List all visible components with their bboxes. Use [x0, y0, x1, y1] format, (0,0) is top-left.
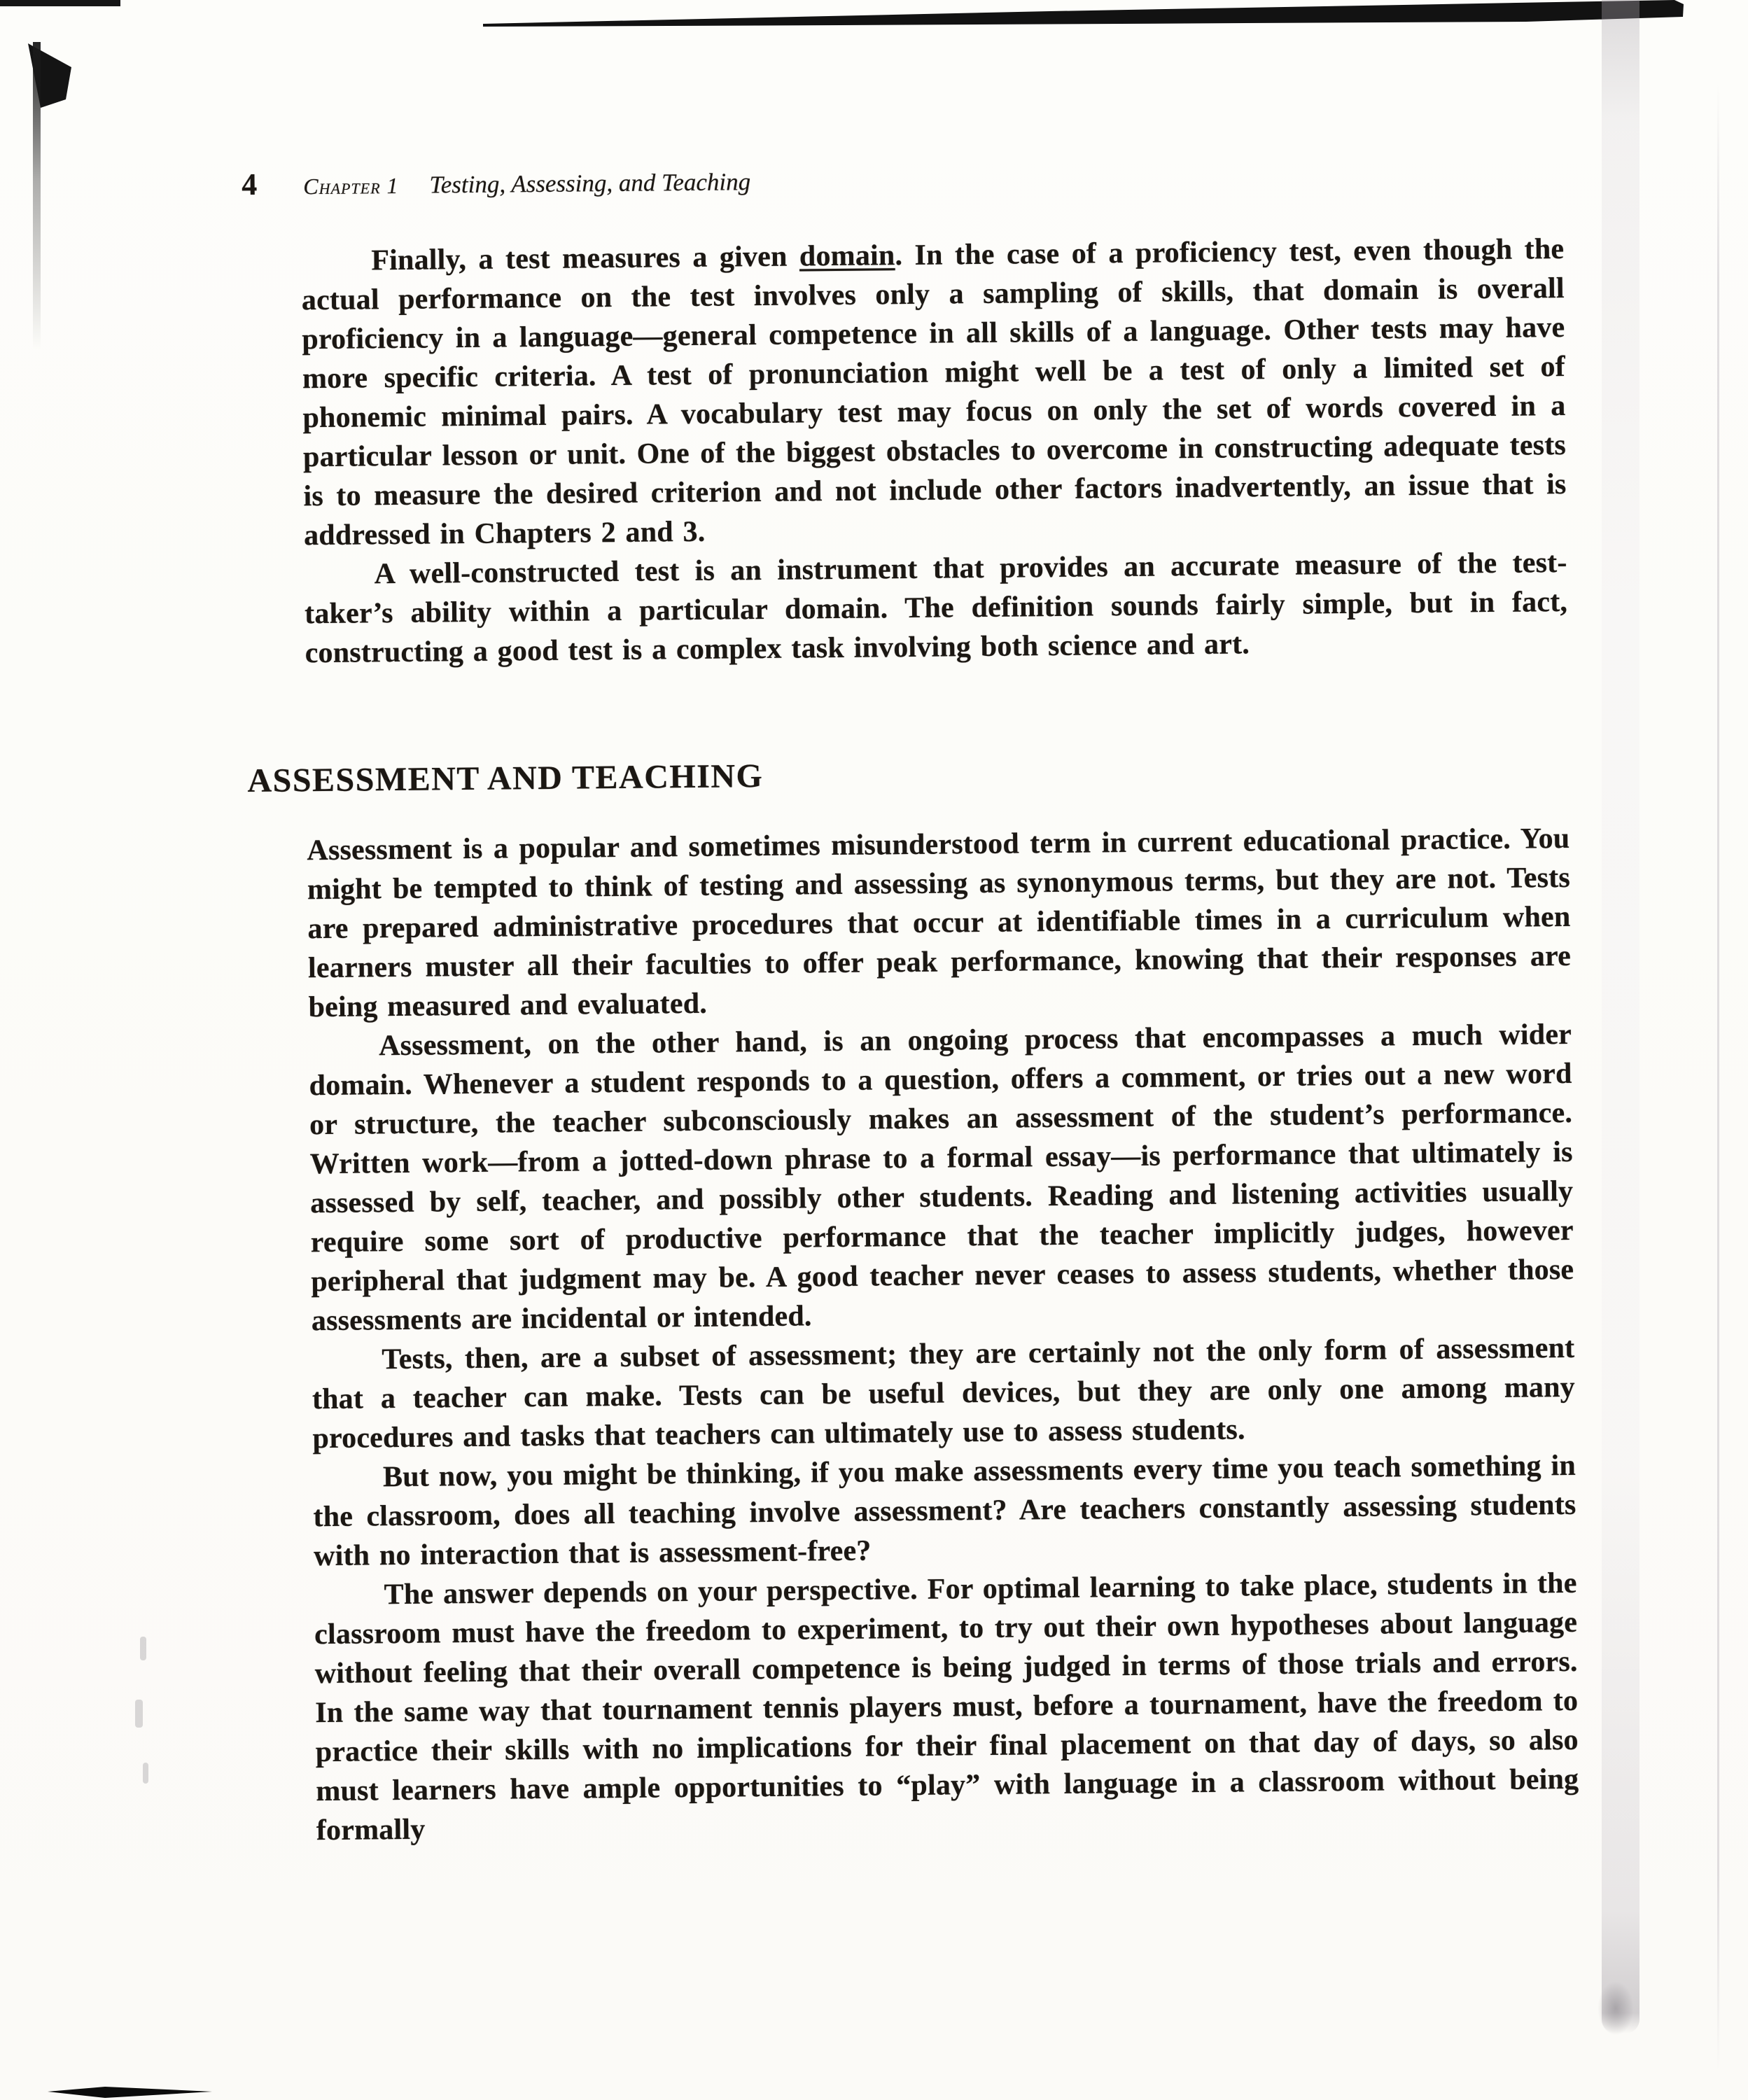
page-content: 4 Chapter 1 Testing, Assessing, and Teac… [242, 155, 1584, 1851]
scanned-page: 4 Chapter 1 Testing, Assessing, and Teac… [0, 0, 1748, 2100]
scan-artifact-margin-smudge [140, 1637, 146, 1660]
scan-artifact-top-left-bar [0, 0, 120, 6]
running-title: Testing, Assessing, and Teaching [429, 164, 750, 202]
scan-artifact-left-margin-mark [0, 35, 91, 371]
scan-artifact-margin-smudge [135, 1700, 143, 1728]
scan-artifact-bottom-left-mark [41, 2086, 251, 2100]
underlined-term: domain [799, 239, 895, 272]
scan-artifact-right-hairline [1717, 84, 1719, 2072]
page-number: 4 [242, 167, 257, 202]
paragraph: Assessment is a popular and sometimes mi… [307, 819, 1572, 1027]
text-run: . In the case of a proficiency test, eve… [302, 233, 1567, 552]
scan-artifact-right-band [1602, 0, 1639, 2033]
scan-artifact-top-wedge [0, 0, 1748, 45]
section-heading: ASSESSMENT AND TEACHING [247, 750, 1570, 799]
text-run: Assessment, on the other hand, is an ong… [309, 1018, 1574, 1337]
scan-artifact-margin-smudge [143, 1763, 148, 1784]
chapter-label: Chapter 1 [303, 168, 399, 204]
text-run: Tests, then, are a subset of assessment;… [312, 1332, 1575, 1455]
text-run: Assessment is a popular and sometimes mi… [307, 822, 1571, 1023]
text-run: The answer depends on your perspective. … [314, 1567, 1579, 1847]
text-body: Finally, a test measures a given domain.… [242, 230, 1581, 1851]
text-run: Finally, a test measures a given [371, 240, 799, 276]
text-run: But now, you might be thinking, if you m… [313, 1450, 1576, 1572]
scan-artifact-right-band-blob [1597, 1981, 1634, 2036]
text-run: A well-constructed test is an instrument… [305, 547, 1567, 669]
paragraph: But now, you might be thinking, if you m… [313, 1446, 1577, 1576]
paragraph: Finally, a test measures a given domain.… [301, 230, 1567, 555]
paragraph: The answer depends on your perspective. … [314, 1564, 1579, 1850]
paragraph: Assessment, on the other hand, is an ong… [309, 1015, 1574, 1340]
paragraph: A well-constructed test is an instrument… [304, 543, 1568, 673]
running-header: 4 Chapter 1 Testing, Assessing, and Teac… [242, 155, 1568, 204]
paragraph: Tests, then, are a subset of assessment;… [312, 1329, 1576, 1458]
